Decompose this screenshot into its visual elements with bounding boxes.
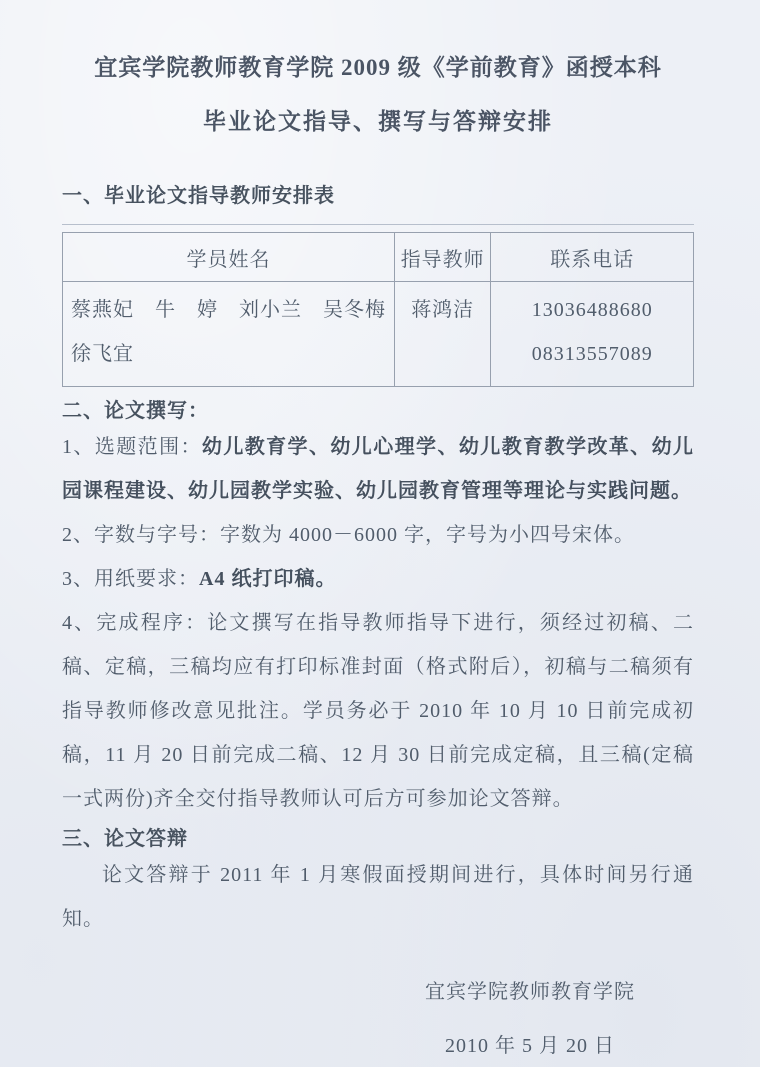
item-topic-scope: 1、选题范围：幼儿教育学、幼儿心理学、幼儿教育教学改革、幼儿园课程建设、幼儿园教…	[62, 425, 694, 513]
header-student-names: 学员姓名	[63, 233, 395, 282]
section2-heading: 二、论文撰写：	[62, 397, 694, 425]
signature-block: 宜宾学院教师教育学院 2010 年 5 月 20 日	[392, 977, 668, 1061]
item-completion-procedure: 4、完成程序：论文撰写在指导教师指导下进行，须经过初稿、二稿、定稿，三稿均应有打…	[62, 601, 694, 821]
advisor-assignment-table: 学员姓名 指导教师 联系电话 蔡燕妃 牛 婷 刘小兰 吴冬梅 徐飞宜 蒋鸿洁 1…	[62, 232, 694, 387]
cell-phone-numbers: 13036488680 08313557089	[491, 282, 694, 387]
student-names-line2: 徐飞宜	[71, 332, 386, 376]
item-topic-scope-label: 1、选题范围：	[62, 436, 202, 458]
advisor-table-wrap: 学员姓名 指导教师 联系电话 蔡燕妃 牛 婷 刘小兰 吴冬梅 徐飞宜 蒋鸿洁 1…	[62, 224, 694, 387]
item-word-count: 2、字数与字号：字数为 4000－6000 字，字号为小四号宋体。	[62, 513, 694, 557]
document-title: 宜宾学院教师教育学院 2009 级《学前教育》函授本科 毕业论文指导、撰写与答辩…	[62, 52, 694, 138]
header-advisor: 指导教师	[395, 233, 491, 282]
table-header-row: 学员姓名 指导教师 联系电话	[63, 233, 694, 282]
header-phone: 联系电话	[491, 233, 694, 282]
document-title-line1: 宜宾学院教师教育学院 2009 级《学前教育》函授本科	[62, 52, 694, 84]
defense-schedule-text: 论文答辩于 2011 年 1 月寒假面授期间进行，具体时间另行通知。	[62, 853, 694, 941]
signature-organization: 宜宾学院教师教育学院	[392, 977, 668, 1007]
advisor-name: 蒋鸿洁	[403, 288, 482, 332]
student-names-line1: 蔡燕妃 牛 婷 刘小兰 吴冬梅	[71, 288, 386, 332]
table-top-scan-line	[62, 224, 694, 225]
section1-heading: 一、毕业论文指导教师安排表	[62, 182, 694, 210]
phone-number-1: 13036488680	[499, 288, 685, 332]
item-paper-requirement: 3、用纸要求：A4 纸打印稿。	[62, 557, 694, 601]
table-row: 蔡燕妃 牛 婷 刘小兰 吴冬梅 徐飞宜 蒋鸿洁 13036488680 0831…	[63, 282, 694, 387]
scanned-document-page: 宜宾学院教师教育学院 2009 级《学前教育》函授本科 毕业论文指导、撰写与答辩…	[0, 0, 760, 1067]
document-title-line2: 毕业论文指导、撰写与答辩安排	[62, 106, 694, 138]
item-paper-requirement-label: 3、用纸要求：	[62, 568, 199, 590]
phone-number-2: 08313557089	[499, 332, 685, 376]
item-paper-requirement-content: A4 纸打印稿。	[199, 568, 336, 590]
section3-heading: 三、论文答辩	[62, 825, 694, 853]
cell-advisor-name: 蒋鸿洁	[395, 282, 491, 387]
cell-student-names: 蔡燕妃 牛 婷 刘小兰 吴冬梅 徐飞宜	[63, 282, 395, 387]
signature-date: 2010 年 5 月 20 日	[392, 1031, 668, 1061]
